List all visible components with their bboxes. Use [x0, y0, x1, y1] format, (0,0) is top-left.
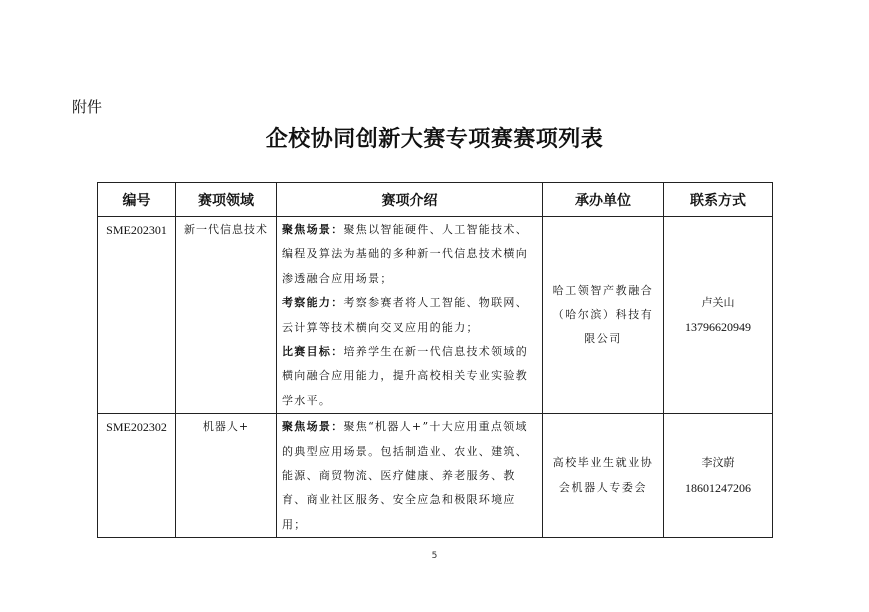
cell-description: 聚焦场景：聚焦以智能硬件、人工智能技术、编程及算法为基础的多种新一代信息技术横向… — [277, 217, 543, 414]
cell-description: 聚焦场景：聚焦“机器人+”十大应用重点领域的典型应用场景。包括制造业、农业、建筑… — [277, 414, 543, 538]
cell-field: 新一代信息技术 — [176, 217, 277, 414]
header-description: 赛项介绍 — [277, 183, 543, 217]
header-code: 编号 — [98, 183, 176, 217]
page-number: 5 — [0, 551, 869, 561]
contact-name: 卢关山 — [670, 291, 766, 315]
desc-text: 聚焦“机器人+”十大应用重点领域的典型应用场景。包括制造业、农业、建筑、能源、商… — [282, 420, 528, 531]
desc-label: 比赛目标： — [282, 345, 344, 358]
header-organizer: 承办单位 — [543, 183, 664, 217]
cell-field: 机器人+ — [176, 414, 277, 538]
header-contact: 联系方式 — [664, 183, 773, 217]
cell-code: SME202301 — [98, 217, 176, 414]
competition-table: 编号 赛项领域 赛项介绍 承办单位 联系方式 SME202301 新一代信息技术… — [97, 182, 773, 538]
cell-code: SME202302 — [98, 414, 176, 538]
desc-label: 聚焦场景： — [282, 420, 344, 433]
header-field: 赛项领域 — [176, 183, 277, 217]
contact-name: 李汶蔚 — [670, 451, 766, 475]
contact-phone: 13796620949 — [670, 315, 766, 339]
cell-contact: 卢关山 13796620949 — [664, 217, 773, 414]
desc-label: 聚焦场景： — [282, 223, 344, 236]
cell-organizer: 高校毕业生就业协会机器人专委会 — [543, 414, 664, 538]
cell-organizer: 哈工领智产教融合（哈尔滨）科技有限公司 — [543, 217, 664, 414]
document-title: 企校协同创新大赛专项赛赛项列表 — [0, 122, 869, 153]
table-row: SME202302 机器人+ 聚焦场景：聚焦“机器人+”十大应用重点领域的典型应… — [98, 414, 773, 538]
table-row: SME202301 新一代信息技术 聚焦场景：聚焦以智能硬件、人工智能技术、编程… — [98, 217, 773, 414]
contact-phone: 18601247206 — [670, 476, 766, 500]
cell-contact: 李汶蔚 18601247206 — [664, 414, 773, 538]
desc-label: 考察能力： — [282, 296, 344, 309]
attachment-label: 附件 — [72, 96, 102, 117]
table-header-row: 编号 赛项领域 赛项介绍 承办单位 联系方式 — [98, 183, 773, 217]
